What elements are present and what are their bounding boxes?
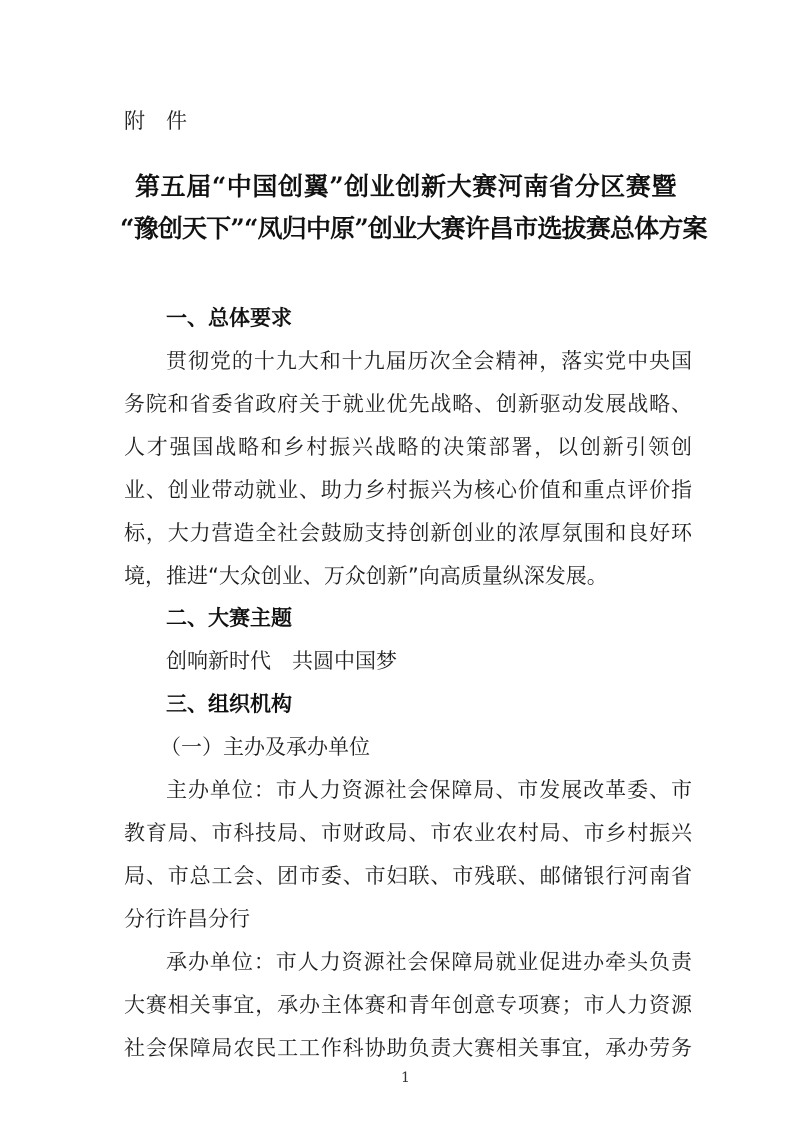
paragraph-line: 务院和省委省政府关于就业优先战略、创新驱动发展战略、 xyxy=(124,388,692,418)
section-heading-general-requirements: 一、总体要求 xyxy=(166,302,692,332)
paragraph-line: 主办单位：市人力资源社会保障局、市发展改革委、市 xyxy=(166,774,692,804)
paragraph-line: 标，大力营造全社会鼓励支持创新创业的浓厚氛围和良好环 xyxy=(124,517,692,547)
paragraph-line: 社会保障局农民工工作科协助负责大赛相关事宜，承办劳务 xyxy=(124,1032,692,1062)
paragraph-line: 人才强国战略和乡村振兴战略的决策部署，以创新引领创 xyxy=(124,431,692,461)
paragraph-line: 分行许昌分行 xyxy=(124,903,692,933)
paragraph-line: 承办单位：市人力资源社会保障局就业促进办牵头负责 xyxy=(166,946,692,976)
page-number: 1 xyxy=(0,1070,811,1086)
paragraph-line: 境，推进“大众创业、万众创新”向高质量纵深发展。 xyxy=(124,560,692,590)
document-title-line-2: “豫创天下”“凤归中原”创业大赛许昌市选拔赛总体方案 xyxy=(120,209,692,245)
paragraph-line: 业、创业带动就业、助力乡村振兴为核心价值和重点评价指 xyxy=(124,474,692,504)
paragraph-line: 贯彻党的十九大和十九届历次全会精神，落实党中央国 xyxy=(166,345,692,375)
section-heading-theme: 二、大赛主题 xyxy=(166,602,692,632)
paragraph-line: 大赛相关事宜，承办主体赛和青年创意专项赛；市人力资源 xyxy=(124,989,692,1019)
document-page: 附 件 第五届“中国创翼”创业创新大赛河南省分区赛暨 “豫创天下”“凤归中原”创… xyxy=(0,0,811,1147)
theme-text: 创响新时代 共圆中国梦 xyxy=(166,645,692,675)
section-heading-organization: 三、组织机构 xyxy=(166,688,692,718)
paragraph-line: 局、市总工会、团市委、市妇联、市残联、邮储银行河南省 xyxy=(124,860,692,890)
attachment-label: 附 件 xyxy=(124,105,187,135)
paragraph-line: 教育局、市科技局、市财政局、市农业农村局、市乡村振兴 xyxy=(124,817,692,847)
subsection-heading-hosts: （一）主办及承办单位 xyxy=(160,731,686,761)
document-title-line-1: 第五届“中国创翼”创业创新大赛河南省分区赛暨 xyxy=(120,167,692,203)
